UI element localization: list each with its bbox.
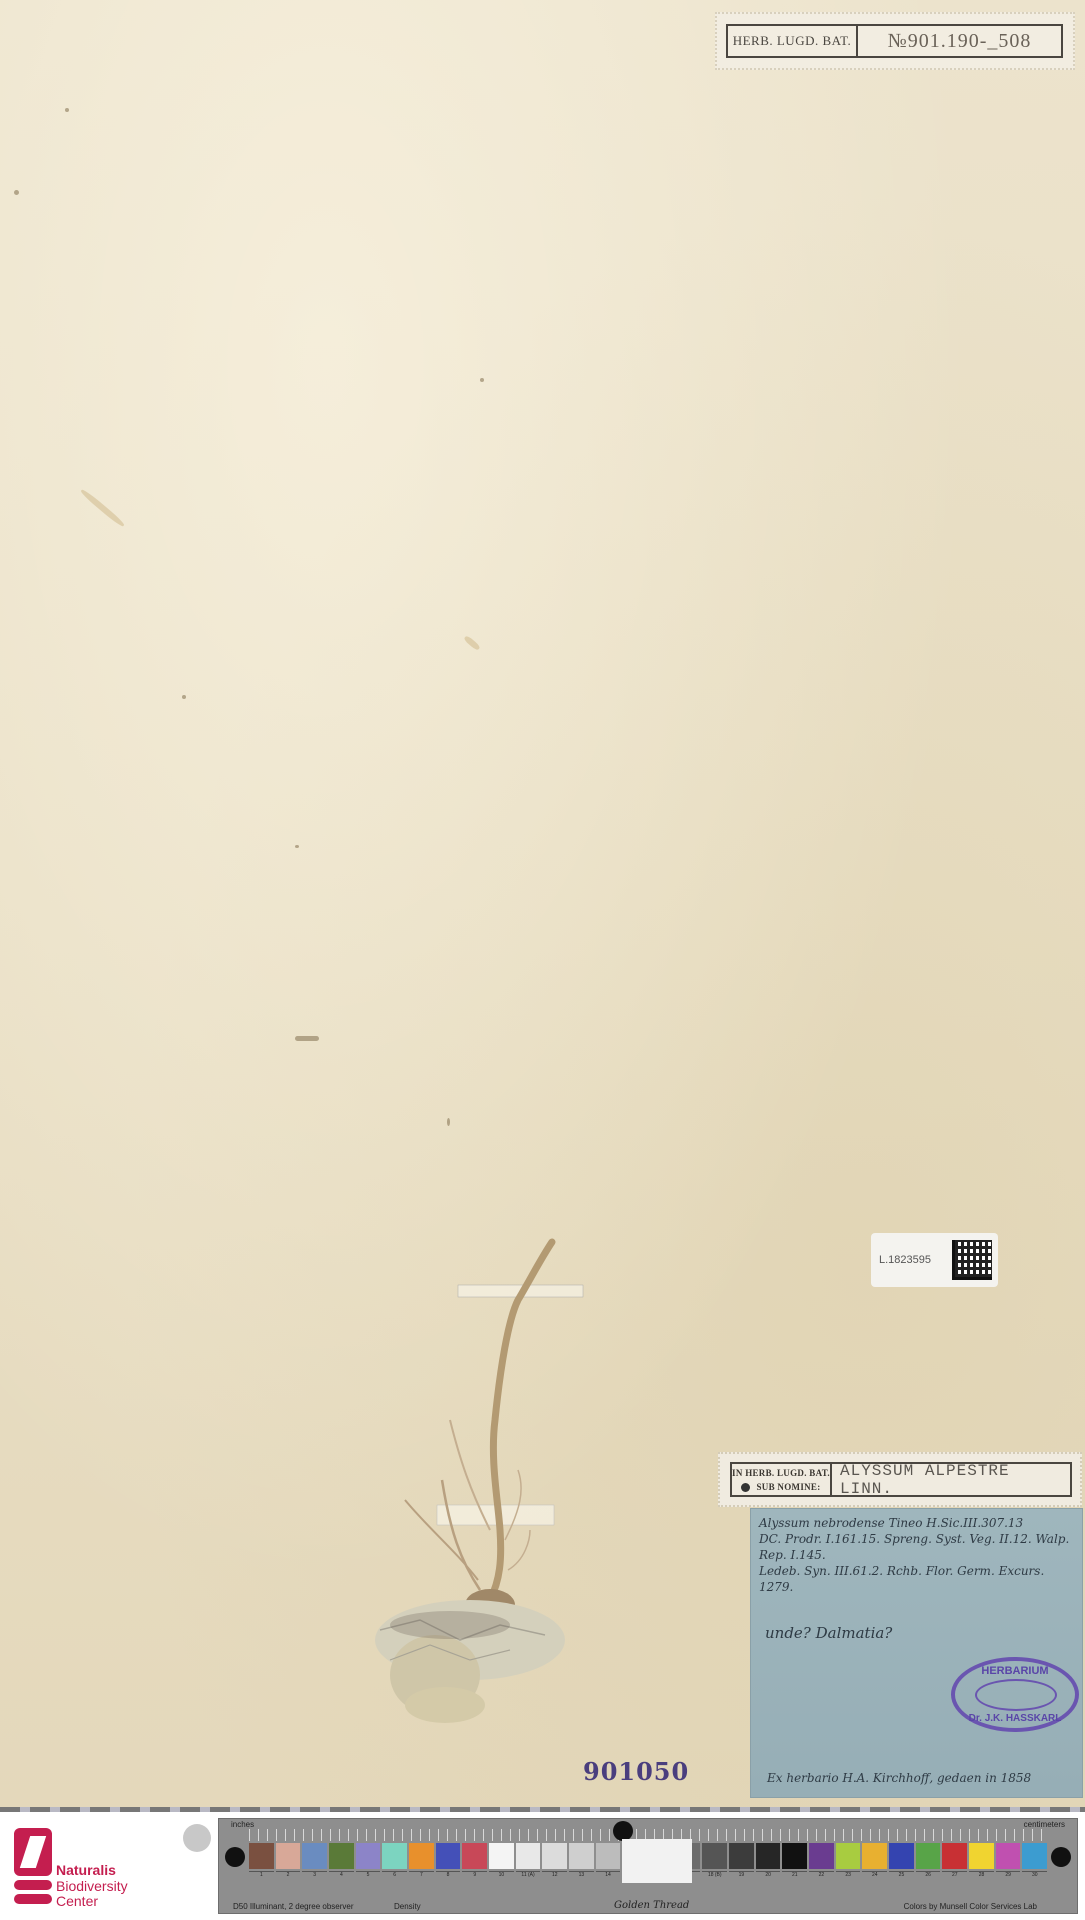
patch-number: 5 bbox=[356, 1871, 381, 1901]
patch-number: 24 bbox=[862, 1871, 887, 1901]
plant-specimen bbox=[360, 1230, 600, 1730]
logo-bar-icon bbox=[14, 1894, 52, 1904]
color-patch bbox=[462, 1843, 487, 1869]
color-patch bbox=[382, 1843, 407, 1869]
citation-line: DC. Prodr. I.161.15. Spreng. Syst. Veg. … bbox=[759, 1531, 1079, 1563]
barcode-label: L.1823595 bbox=[871, 1233, 998, 1287]
register-label: HERB. LUGD. BAT. №901.190-_508 bbox=[715, 12, 1075, 70]
color-patch bbox=[729, 1843, 754, 1869]
handwritten-label: Alyssum nebrodense Tineo H.Sic.III.307.1… bbox=[750, 1508, 1083, 1798]
patch-number: 26 bbox=[916, 1871, 941, 1901]
paper-speck bbox=[480, 378, 484, 382]
patch-number: 25 bbox=[889, 1871, 914, 1901]
paper-speck bbox=[65, 108, 69, 112]
paper-speck bbox=[295, 1036, 319, 1041]
determination-slip: IN HERB. LUGD. BAT. SUB NOMINE: ALYSSUM … bbox=[718, 1452, 1082, 1507]
register-number: №901.190-_508 bbox=[858, 26, 1061, 56]
color-patch bbox=[516, 1843, 541, 1869]
logo-text-center: Center bbox=[56, 1893, 98, 1909]
centimeters-label: centimeters bbox=[1024, 1820, 1065, 1829]
color-patch bbox=[596, 1843, 621, 1869]
patch-number: 4 bbox=[329, 1871, 354, 1901]
registration-hole-icon bbox=[225, 1847, 245, 1867]
color-patch bbox=[489, 1843, 514, 1869]
institution-code: HERB. LUGD. BAT. bbox=[728, 26, 858, 56]
patch-number: 7 bbox=[409, 1871, 434, 1901]
patch-number: 10 bbox=[489, 1871, 514, 1901]
logo-n-icon bbox=[14, 1828, 52, 1876]
footer-strip: Naturalis Biodiversity Center inches cen… bbox=[0, 1812, 1085, 1920]
color-calibration-chart: inches centimeters 1234567891011 (A)1213… bbox=[218, 1818, 1078, 1914]
locality-text: unde? Dalmatia? bbox=[765, 1624, 892, 1642]
color-patch bbox=[916, 1843, 941, 1869]
citation-line: Alyssum nebrodense Tineo H.Sic.III.307.1… bbox=[759, 1515, 1079, 1531]
patch-number: 29 bbox=[996, 1871, 1021, 1901]
patch-number: 8 bbox=[436, 1871, 461, 1901]
illuminant-caption: D50 Illuminant, 2 degree observer bbox=[233, 1902, 354, 1911]
color-patch bbox=[542, 1843, 567, 1869]
paper-stain bbox=[80, 488, 126, 528]
paper-speck bbox=[295, 845, 299, 848]
color-patch bbox=[836, 1843, 861, 1869]
patch-number: 19 bbox=[729, 1871, 754, 1901]
patch-number: 27 bbox=[942, 1871, 967, 1901]
color-patch bbox=[809, 1843, 834, 1869]
color-patch bbox=[329, 1843, 354, 1869]
logo-text-naturalis: Naturalis bbox=[56, 1862, 116, 1878]
patch-number: 28 bbox=[969, 1871, 994, 1901]
patch-number: 23 bbox=[836, 1871, 861, 1901]
stamp-top-text: HERBARIUM bbox=[955, 1665, 1075, 1677]
color-patch bbox=[942, 1843, 967, 1869]
datamatrix-icon bbox=[952, 1240, 992, 1280]
patch-number: 3 bbox=[302, 1871, 327, 1901]
patch-number: 14 bbox=[596, 1871, 621, 1901]
color-patch bbox=[782, 1843, 807, 1869]
patch-number: 11 (A) bbox=[516, 1871, 541, 1901]
patch-number: 1 bbox=[249, 1871, 274, 1901]
paper-speck bbox=[182, 695, 186, 699]
color-patch bbox=[889, 1843, 914, 1869]
provenance-text: Ex herbario H.A. Kirchhoff, gedaen in 18… bbox=[767, 1771, 1031, 1785]
registration-hole-icon bbox=[1051, 1847, 1071, 1867]
patch-number: 21 bbox=[782, 1871, 807, 1901]
munsell-credit: Colors by Munsell Color Services Lab bbox=[904, 1902, 1037, 1911]
bullet-icon bbox=[741, 1483, 750, 1492]
accession-number: 901050 bbox=[583, 1757, 689, 1786]
color-patch bbox=[356, 1843, 381, 1869]
barcode-number: L.1823595 bbox=[879, 1254, 931, 1266]
registration-hole-icon bbox=[613, 1821, 633, 1841]
herbarium-line: IN HERB. LUGD. BAT. bbox=[732, 1466, 830, 1480]
color-patch bbox=[276, 1843, 301, 1869]
golden-thread-brand: Golden Thread bbox=[614, 1900, 689, 1911]
grey-reference-dot bbox=[183, 1824, 211, 1852]
sub-nomine-line: SUB NOMINE: bbox=[756, 1482, 820, 1492]
color-patch bbox=[302, 1843, 327, 1869]
taxon-name: ALYSSUM ALPESTRE LINN. bbox=[832, 1462, 1070, 1498]
patch-number: 22 bbox=[809, 1871, 834, 1901]
paper-speck bbox=[447, 1118, 450, 1126]
color-patch bbox=[862, 1843, 887, 1869]
patch-number: 2 bbox=[276, 1871, 301, 1901]
patch-number: 18 (B) bbox=[702, 1871, 727, 1901]
patch-number: 13 bbox=[569, 1871, 594, 1901]
paper-stain bbox=[463, 635, 481, 651]
color-patch bbox=[569, 1843, 594, 1869]
logo-bar-icon bbox=[14, 1880, 52, 1890]
color-patch bbox=[969, 1843, 994, 1869]
color-patch bbox=[756, 1843, 781, 1869]
paper-speck bbox=[14, 190, 19, 195]
naturalis-logo: Naturalis Biodiversity Center bbox=[14, 1828, 144, 1908]
color-patch bbox=[996, 1843, 1021, 1869]
patch-number: 30 bbox=[1022, 1871, 1047, 1901]
inches-label: inches bbox=[231, 1820, 254, 1829]
color-patch bbox=[436, 1843, 461, 1869]
patch-number: 12 bbox=[542, 1871, 567, 1901]
logo-text-biodiversity: Biodiversity bbox=[56, 1878, 128, 1894]
patch-number: 20 bbox=[756, 1871, 781, 1901]
color-patch bbox=[702, 1843, 727, 1869]
patch-number: 6 bbox=[382, 1871, 407, 1901]
citation-text: Alyssum nebrodense Tineo H.Sic.III.307.1… bbox=[759, 1515, 1079, 1595]
density-caption: Density bbox=[394, 1902, 421, 1911]
color-patch bbox=[249, 1843, 274, 1869]
hasskarl-stamp: HERBARIUM Dr. J.K. HASSKARL bbox=[951, 1657, 1079, 1732]
stamp-bottom-text: Dr. J.K. HASSKARL bbox=[955, 1713, 1075, 1724]
resolution-target bbox=[622, 1839, 692, 1883]
patch-number: 9 bbox=[462, 1871, 487, 1901]
citation-line: Ledeb. Syn. III.61.2. Rchb. Flor. Germ. … bbox=[759, 1563, 1079, 1595]
herbarium-sheet: HERB. LUGD. BAT. №901.190-_508 L.1823595… bbox=[0, 0, 1085, 1812]
color-patch bbox=[409, 1843, 434, 1869]
color-patch bbox=[1022, 1843, 1047, 1869]
